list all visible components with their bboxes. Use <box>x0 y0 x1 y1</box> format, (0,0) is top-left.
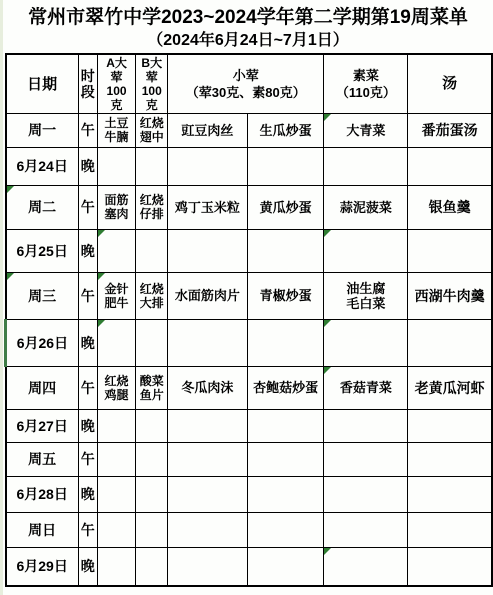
cell-period[interactable]: 午 <box>78 113 97 147</box>
header-vegetable[interactable]: 素菜 （110克） <box>324 54 408 113</box>
cell-dish-a[interactable]: 红烧 鸡腿 <box>97 366 136 409</box>
cell-dish-soup[interactable] <box>408 442 492 476</box>
menu-title: 常州市翠竹中学2023~2024学年第二学期第19周菜单 <box>3 5 493 30</box>
cell-dish-veg[interactable]: 大青菜 <box>324 113 408 147</box>
table-row: 6月25日晚 <box>6 229 493 272</box>
cell-period[interactable]: 午 <box>78 366 97 409</box>
cell-period[interactable]: 晚 <box>78 476 97 512</box>
cell-dish-small-2[interactable] <box>247 512 324 547</box>
cell-dish-small-2[interactable] <box>247 319 324 366</box>
cell-date[interactable]: 6月26日 <box>6 319 79 366</box>
cell-period[interactable]: 晚 <box>78 147 97 185</box>
cell-dish-a[interactable]: 金针 肥牛 <box>97 272 136 319</box>
table-row: 周五午 <box>6 442 493 476</box>
cell-dish-small-2[interactable] <box>247 409 324 442</box>
cell-dish-veg[interactable] <box>324 147 408 185</box>
cell-dish-veg[interactable] <box>324 476 408 512</box>
cell-dish-a[interactable] <box>97 319 136 366</box>
cell-dish-soup[interactable]: 番茄蛋汤 <box>408 113 492 147</box>
cell-period[interactable]: 晚 <box>78 319 97 366</box>
cell-dish-veg[interactable] <box>324 442 408 476</box>
cell-dish-small-2[interactable] <box>247 229 324 272</box>
cell-dish-small-1[interactable] <box>168 147 248 185</box>
cell-dish-soup[interactable]: 银鱼羹 <box>408 185 492 229</box>
cell-dish-small-1[interactable] <box>168 512 248 547</box>
table-row: 6月29日晚 <box>6 547 493 586</box>
header-row: 日期 时 段 A大 荤 100 克 B大 荤 100 克 小荤 （荤30克、素8… <box>6 54 493 113</box>
cell-period[interactable]: 午 <box>78 272 97 319</box>
cell-period[interactable]: 晚 <box>78 229 97 272</box>
table-row: 周四午红烧 鸡腿酸菜 鱼片冬瓜肉沫杏鲍菇炒蛋香菇青菜老黄瓜河虾 <box>6 366 493 409</box>
table-row: 6月26日晚 <box>6 319 493 366</box>
cell-dish-small-1[interactable] <box>168 409 248 442</box>
menu-table: 日期 时 段 A大 荤 100 克 B大 荤 100 克 小荤 （荤30克、素8… <box>4 53 493 587</box>
cell-dish-b[interactable] <box>136 512 168 547</box>
cell-date[interactable]: 周日 <box>6 512 79 547</box>
cell-dish-b[interactable] <box>136 442 168 476</box>
cell-dish-a[interactable] <box>97 409 136 442</box>
cell-dish-veg[interactable]: 油生腐 毛白菜 <box>324 272 408 319</box>
cell-dish-b[interactable]: 红烧 大排 <box>136 272 168 319</box>
cell-dish-soup[interactable] <box>408 319 492 366</box>
cell-period[interactable]: 午 <box>78 442 97 476</box>
cell-dish-b[interactable] <box>136 319 168 366</box>
cell-dish-a[interactable] <box>97 476 136 512</box>
cell-dish-small-2[interactable]: 黄瓜炒蛋 <box>247 185 324 229</box>
cell-dish-small-2[interactable] <box>247 442 324 476</box>
cell-dish-small-1[interactable] <box>168 476 248 512</box>
cell-date[interactable]: 周四 <box>6 366 79 409</box>
cell-dish-b[interactable] <box>136 147 168 185</box>
cell-dish-small-1[interactable]: 鸡丁玉米粒 <box>168 185 248 229</box>
cell-dish-small-2[interactable] <box>247 147 324 185</box>
cell-period[interactable]: 午 <box>78 512 97 547</box>
cell-dish-small-2[interactable] <box>247 476 324 512</box>
menu-table-body: 周一午土豆 牛腩红烧 翅中豇豆肉丝生瓜炒蛋大青菜番茄蛋汤6月24日晚周二午面筋 … <box>6 113 493 586</box>
cell-period[interactable]: 午 <box>78 185 97 229</box>
table-row: 周日午 <box>6 512 493 547</box>
cell-dish-a[interactable] <box>97 229 136 272</box>
cell-date[interactable]: 周二 <box>6 185 79 229</box>
cell-dish-b[interactable]: 红烧 仔排 <box>136 185 168 229</box>
table-row: 6月28日晚 <box>6 476 493 512</box>
cell-date[interactable]: 周五 <box>6 442 79 476</box>
cell-period[interactable]: 晚 <box>78 409 97 442</box>
header-period[interactable]: 时 段 <box>78 54 97 113</box>
cell-dish-veg[interactable] <box>324 512 408 547</box>
cell-dish-veg[interactable]: 香菇青菜 <box>324 366 408 409</box>
table-row: 6月24日晚 <box>6 147 493 185</box>
cell-date[interactable]: 6月29日 <box>6 547 79 586</box>
cell-dish-small-1[interactable] <box>168 319 248 366</box>
table-row: 6月27日晚 <box>6 409 493 442</box>
cell-dish-small-2[interactable]: 生瓜炒蛋 <box>247 113 324 147</box>
cell-dish-soup[interactable] <box>408 409 492 442</box>
cell-dish-veg[interactable] <box>324 229 408 272</box>
cell-dish-soup[interactable] <box>408 547 492 586</box>
cell-date[interactable]: 6月24日 <box>6 147 79 185</box>
cell-date[interactable]: 周一 <box>6 113 79 147</box>
cell-dish-soup[interactable] <box>408 476 492 512</box>
cell-dish-a[interactable]: 面筋 塞肉 <box>97 185 136 229</box>
cell-date[interactable]: 6月27日 <box>6 409 79 442</box>
header-a-meat[interactable]: A大 荤 100 克 <box>97 54 136 113</box>
table-row: 周三午金针 肥牛红烧 大排水面筋肉片青椒炒蛋油生腐 毛白菜西湖牛肉羹 <box>6 272 493 319</box>
table-row: 周二午面筋 塞肉红烧 仔排鸡丁玉米粒黄瓜炒蛋蒜泥菠菜银鱼羹 <box>6 185 493 229</box>
cell-date[interactable]: 周三 <box>6 272 79 319</box>
cell-dish-soup[interactable]: 老黄瓜河虾 <box>408 366 492 409</box>
cell-dish-small-1[interactable] <box>168 547 248 586</box>
cell-dish-small-1[interactable]: 水面筋肉片 <box>168 272 248 319</box>
header-b-meat[interactable]: B大 荤 100 克 <box>136 54 168 113</box>
table-row: 周一午土豆 牛腩红烧 翅中豇豆肉丝生瓜炒蛋大青菜番茄蛋汤 <box>6 113 493 147</box>
header-soup[interactable]: 汤 <box>408 54 492 113</box>
cell-dish-veg[interactable]: 蒜泥菠菜 <box>324 185 408 229</box>
cell-dish-soup[interactable] <box>408 512 492 547</box>
header-small-meat[interactable]: 小荤 （荤30克、素80克） <box>168 54 324 113</box>
title-block: 常州市翠竹中学2023~2024学年第二学期第19周菜单 （2024年6月24日… <box>3 0 493 52</box>
cell-dish-soup[interactable] <box>408 229 492 272</box>
spreadsheet-sheet: 常州市翠竹中学2023~2024学年第二学期第19周菜单 （2024年6月24日… <box>3 0 493 595</box>
cell-dish-small-1[interactable] <box>168 229 248 272</box>
cell-dish-small-1[interactable] <box>168 442 248 476</box>
cell-dish-a[interactable] <box>97 147 136 185</box>
cell-dish-small-2[interactable]: 杏鲍菇炒蛋 <box>247 366 324 409</box>
cell-dish-veg[interactable] <box>324 409 408 442</box>
cell-dish-veg[interactable] <box>324 547 408 586</box>
cell-dish-small-1[interactable]: 冬瓜肉沫 <box>168 366 248 409</box>
cell-dish-a[interactable] <box>97 442 136 476</box>
cell-dish-b[interactable] <box>136 229 168 272</box>
menu-subtitle: （2024年6月24日~7月1日） <box>3 30 493 52</box>
cell-dish-small-1[interactable]: 豇豆肉丝 <box>168 113 248 147</box>
cell-dish-a[interactable] <box>97 547 136 586</box>
cell-dish-veg[interactable] <box>324 319 408 366</box>
cell-dish-soup[interactable]: 西湖牛肉羹 <box>408 272 492 319</box>
cell-dish-a[interactable] <box>97 512 136 547</box>
cell-dish-a[interactable]: 土豆 牛腩 <box>97 113 136 147</box>
cell-dish-b[interactable]: 红烧 翅中 <box>136 113 168 147</box>
cell-dish-b[interactable] <box>136 476 168 512</box>
cell-dish-soup[interactable] <box>408 147 492 185</box>
cell-dish-small-2[interactable] <box>247 547 324 586</box>
cell-dish-b[interactable] <box>136 547 168 586</box>
cell-period[interactable]: 晚 <box>78 547 97 586</box>
cell-date[interactable]: 6月28日 <box>6 476 79 512</box>
cell-dish-small-2[interactable]: 青椒炒蛋 <box>247 272 324 319</box>
cell-date[interactable]: 6月25日 <box>6 229 79 272</box>
header-date[interactable]: 日期 <box>6 54 79 113</box>
cell-dish-b[interactable] <box>136 409 168 442</box>
cell-dish-b[interactable]: 酸菜 鱼片 <box>136 366 168 409</box>
